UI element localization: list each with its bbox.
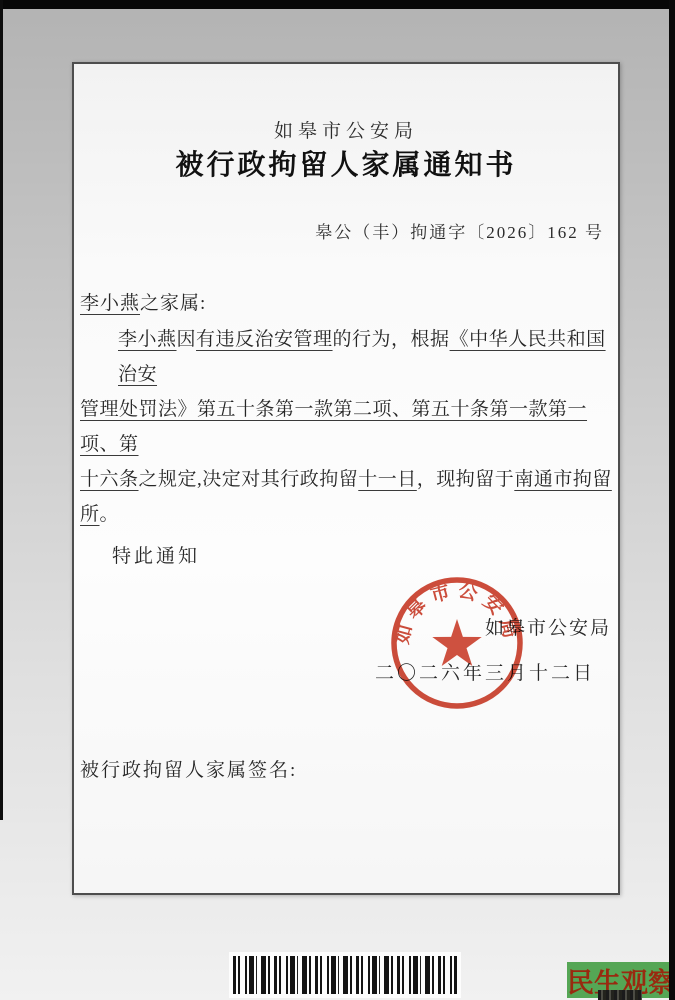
body-text-plain: 因 (177, 329, 197, 350)
official-red-seal: 如皋市公安局 (387, 573, 527, 713)
body-line-1: 李小燕因有违反治安管理的行为，根据《中华人民共和国治安 (80, 322, 614, 392)
issuing-agency-header: 如皋市公安局 (74, 116, 618, 143)
letterbox-left-edge (0, 0, 3, 820)
addressee-line: 李小燕之家属: (80, 288, 206, 315)
body-text-plain: 之规定,决定对其行政拘留 (139, 469, 359, 490)
body-line-2: 管理处罚法》第五十条第一款第二项、第五十条第一款第一项、第 (80, 392, 614, 462)
barcode (233, 956, 457, 994)
closing-phrase: 特此通知 (112, 541, 200, 568)
letterbox-top-bar (0, 0, 675, 9)
document-title: 被行政拘留人家属通知书 (74, 143, 618, 183)
detainee-name: 李小燕 (80, 293, 140, 314)
body-text-plain: 。 (100, 504, 120, 525)
detention-days-fill: 十一日 (358, 469, 417, 490)
law-clauses-fill: 管理处罚法》第五十条第一款第二项、第五十条第一款第一项、第 (80, 399, 587, 455)
letterbox-right-edge (669, 0, 675, 1000)
body-line-3: 十六条之规定,决定对其行政拘留十一日，现拘留于南通市拘留所。 (80, 462, 614, 532)
star-icon (432, 619, 481, 666)
corner-video-noise (598, 990, 642, 1000)
body-text-plain: ，现拘留于 (417, 469, 515, 490)
detainee-name-fill: 李小燕 (118, 329, 177, 350)
addressee-suffix: 之家属: (140, 293, 206, 314)
notice-document-sheet: 如皋市公安局 被行政拘留人家属通知书 皋公（丰）拘通字〔2026〕162 号 李… (72, 62, 620, 895)
family-signature-label: 被行政拘留人家属签名: (80, 755, 297, 782)
notice-body: 李小燕因有违反治安管理的行为，根据《中华人民共和国治安 管理处罚法》第五十条第一… (80, 322, 614, 532)
article-fill: 十六条 (80, 469, 139, 490)
violation-fill: 有违反治安管理 (196, 329, 333, 350)
body-text-plain: 的行为，根据 (333, 329, 450, 350)
video-frame: { "document": { "org_header": "如皋市公安局", … (0, 0, 675, 1000)
document-number: 皋公（丰）拘通字〔2026〕162 号 (315, 218, 604, 243)
